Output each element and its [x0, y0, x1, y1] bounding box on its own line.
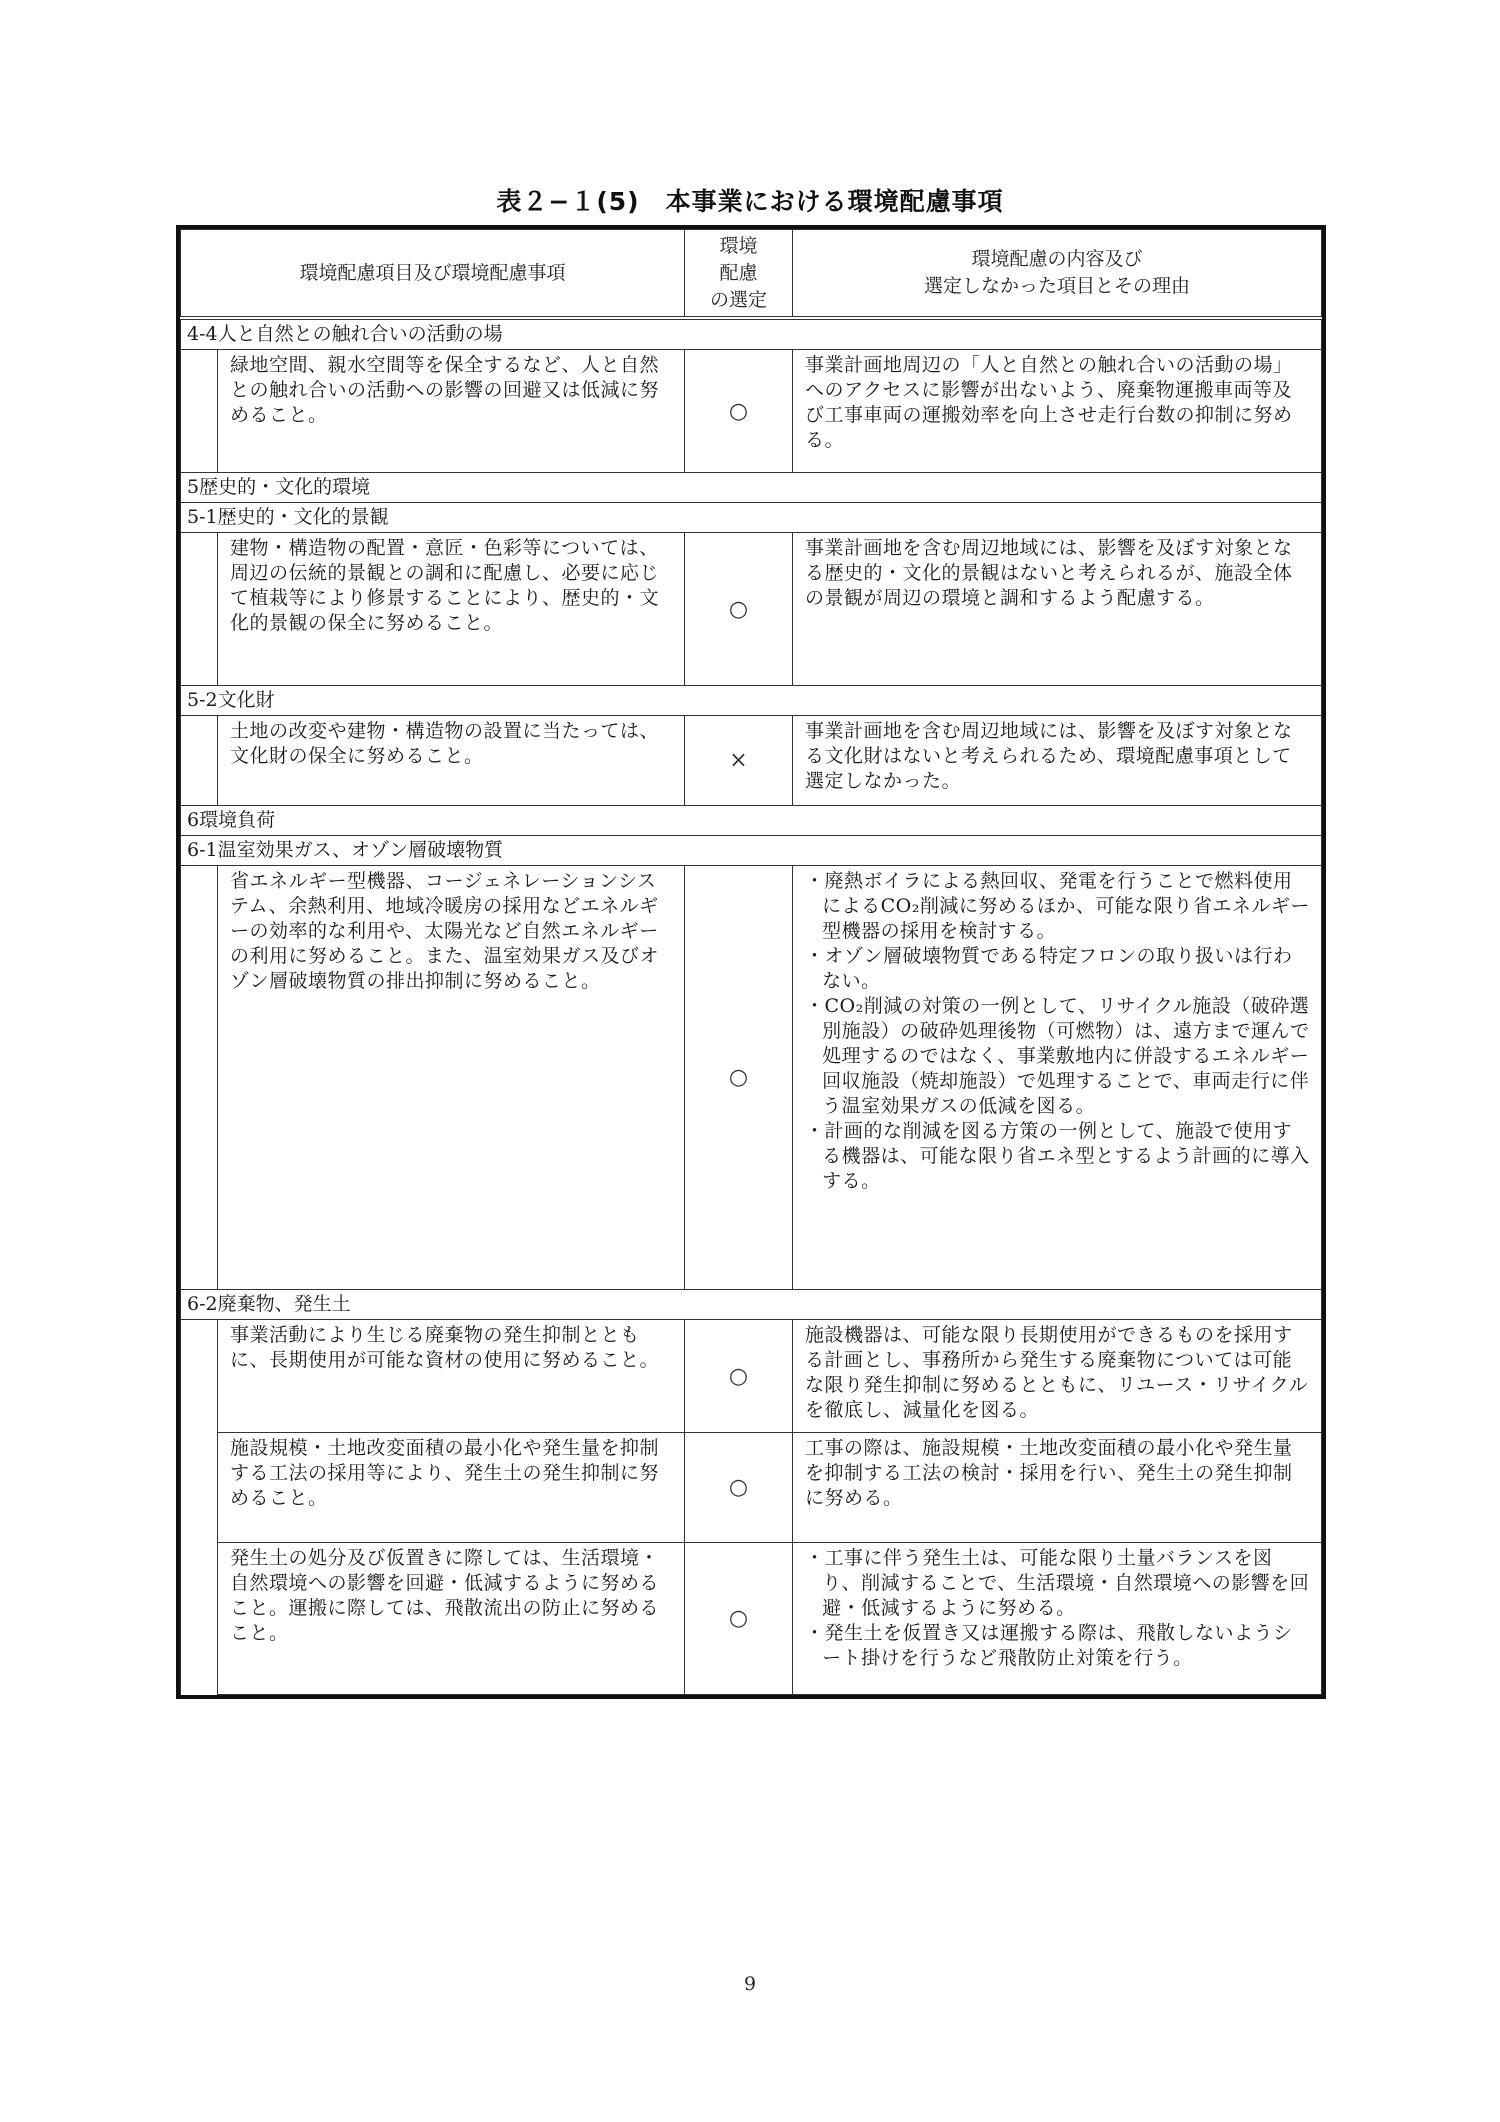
description-text: 事業計画地を含む周辺地域には、影響を及ぼす対象となる歴史的・文化的景観はないと考… — [805, 537, 1293, 609]
description-cell: 事業計画地を含む周辺地域には、影響を及ぼす対象となる文化財はないと考えられるため… — [793, 716, 1322, 806]
indent-cell — [181, 1433, 218, 1543]
item-cell: 事業活動により生じる廃棄物の発生抑制とともに、長期使用が可能な資材の使用に努める… — [218, 1320, 685, 1433]
description-bullet: ・オゾン層破壊物質である特定フロンの取り扱いは行わない。 — [805, 944, 1311, 994]
selection-mark: ○ — [685, 866, 793, 1290]
selection-mark: ○ — [685, 350, 793, 473]
section-row: 5-2文化財 — [181, 686, 1322, 716]
description-bullet: ・工事に伴う発生土は、可能な限り土量バランスを図り、削減することで、生活環境・自… — [805, 1546, 1311, 1621]
selection-mark: ○ — [685, 533, 793, 686]
description-bullet: ・計画的な削減を図る方策の一例として、施設で使用する機器は、可能な限り省エネ型と… — [805, 1119, 1311, 1194]
table-row: 発生土の処分及び仮置きに際しては、生活環境・自然環境への影響を回避・低減するよう… — [181, 1543, 1322, 1695]
section-label: 5-1歴史的・文化的景観 — [181, 503, 1322, 533]
section-row: 6-1温室効果ガス、オゾン層破壊物質 — [181, 836, 1322, 866]
section-row: 6-2廃棄物、発生土 — [181, 1290, 1322, 1320]
item-cell: 建物・構造物の配置・意匠・色彩等については、周辺の伝統的景観との調和に配慮し、必… — [218, 533, 685, 686]
environmental-considerations-table: 環境配慮項目及び環境配慮事項 環境 配慮 の選定 環境配慮の内容及び 選定しなか… — [176, 225, 1326, 1699]
header-description: 環境配慮の内容及び 選定しなかった項目とその理由 — [793, 230, 1322, 319]
description-text: 施設機器は、可能な限り長期使用ができるものを採用する計画とし、事務所から発生する… — [805, 1324, 1308, 1421]
selection-mark: ○ — [685, 1320, 793, 1433]
description-cell: 事業計画地を含む周辺地域には、影響を及ぼす対象となる歴史的・文化的景観はないと考… — [793, 533, 1322, 686]
indent-cell — [181, 1543, 218, 1695]
description-cell: ・廃熱ボイラによる熱回収、発電を行うことで燃料使用によるCO₂削減に努めるほか、… — [793, 866, 1322, 1290]
indent-cell — [181, 533, 218, 686]
header-description-line: 環境配慮の内容及び — [793, 246, 1321, 273]
header-item: 環境配慮項目及び環境配慮事項 — [181, 230, 685, 319]
section-label: 5-2文化財 — [181, 686, 1322, 716]
header-selection-line: 環境 — [685, 233, 792, 260]
table-row: 緑地空間、親水空間等を保全するなど、人と自然との触れ合いの活動への影響の回避又は… — [181, 350, 1322, 473]
indent-cell — [181, 716, 218, 806]
table-row: 土地の改変や建物・構造物の設置に当たっては、文化財の保全に努めること。 × 事業… — [181, 716, 1322, 806]
header-selection: 環境 配慮 の選定 — [685, 230, 793, 319]
indent-cell — [181, 1320, 218, 1433]
section-label: 4-4人と自然との触れ合いの活動の場 — [181, 318, 1322, 350]
section-row: 5歴史的・文化的環境 — [181, 473, 1322, 503]
section-label: 6環境負荷 — [181, 806, 1322, 836]
page-title: 表２−１(5) 本事業における環境配慮事項 — [0, 182, 1500, 218]
header-selection-line: の選定 — [685, 287, 792, 314]
table-row: 建物・構造物の配置・意匠・色彩等については、周辺の伝統的景観との調和に配慮し、必… — [181, 533, 1322, 686]
table-row: 施設規模・土地改変面積の最小化や発生量を抑制する工法の採用等により、発生土の発生… — [181, 1433, 1322, 1543]
section-row: 6環境負荷 — [181, 806, 1322, 836]
section-label: 5歴史的・文化的環境 — [181, 473, 1322, 503]
header-description-line: 選定しなかった項目とその理由 — [793, 273, 1321, 300]
section-row: 5-1歴史的・文化的景観 — [181, 503, 1322, 533]
section-label: 6-1温室効果ガス、オゾン層破壊物質 — [181, 836, 1322, 866]
item-cell: 省エネルギー型機器、コージェネレーションシステム、余熱利用、地域冷暖房の採用など… — [218, 866, 685, 1290]
section-label: 6-2廃棄物、発生土 — [181, 1290, 1322, 1320]
header-selection-line: 配慮 — [685, 260, 792, 287]
section-row: 4-4人と自然との触れ合いの活動の場 — [181, 318, 1322, 350]
indent-cell — [181, 866, 218, 1290]
indent-cell — [181, 350, 218, 473]
description-bullet: ・廃熱ボイラによる熱回収、発電を行うことで燃料使用によるCO₂削減に努めるほか、… — [805, 869, 1311, 944]
selection-mark: ○ — [685, 1543, 793, 1695]
description-text: 事業計画地を含む周辺地域には、影響を及ぼす対象となる文化財はないと考えられるため… — [805, 720, 1293, 792]
item-cell: 土地の改変や建物・構造物の設置に当たっては、文化財の保全に努めること。 — [218, 716, 685, 806]
description-cell: 事業計画地周辺の「人と自然との触れ合いの活動の場」へのアクセスに影響が出ないよう… — [793, 350, 1322, 473]
item-cell: 緑地空間、親水空間等を保全するなど、人と自然との触れ合いの活動への影響の回避又は… — [218, 350, 685, 473]
page-number: 9 — [0, 1973, 1500, 1995]
selection-mark: ○ — [685, 1433, 793, 1543]
description-cell: 工事の際は、施設規模・土地改変面積の最小化や発生量を抑制する工法の検討・採用を行… — [793, 1433, 1322, 1543]
table-row: 事業活動により生じる廃棄物の発生抑制とともに、長期使用が可能な資材の使用に努める… — [181, 1320, 1322, 1433]
item-cell: 発生土の処分及び仮置きに際しては、生活環境・自然環境への影響を回避・低減するよう… — [218, 1543, 685, 1695]
description-text: 工事の際は、施設規模・土地改変面積の最小化や発生量を抑制する工法の検討・採用を行… — [805, 1437, 1293, 1509]
description-text: 事業計画地周辺の「人と自然との触れ合いの活動の場」へのアクセスに影響が出ないよう… — [805, 354, 1293, 451]
description-bullet: ・発生土を仮置き又は運搬する際は、飛散しないようシート掛けを行うなど飛散防止対策… — [805, 1621, 1311, 1671]
description-bullet: ・CO₂削減の対策の一例として、リサイクル施設（破砕選別施設）の破砕処理後物（可… — [805, 994, 1311, 1119]
selection-mark: × — [685, 716, 793, 806]
item-cell: 施設規模・土地改変面積の最小化や発生量を抑制する工法の採用等により、発生土の発生… — [218, 1433, 685, 1543]
description-cell: 施設機器は、可能な限り長期使用ができるものを採用する計画とし、事務所から発生する… — [793, 1320, 1322, 1433]
table-row: 省エネルギー型機器、コージェネレーションシステム、余熱利用、地域冷暖房の採用など… — [181, 866, 1322, 1290]
description-cell: ・工事に伴う発生土は、可能な限り土量バランスを図り、削減することで、生活環境・自… — [793, 1543, 1322, 1695]
table-header-row: 環境配慮項目及び環境配慮事項 環境 配慮 の選定 環境配慮の内容及び 選定しなか… — [181, 230, 1322, 319]
